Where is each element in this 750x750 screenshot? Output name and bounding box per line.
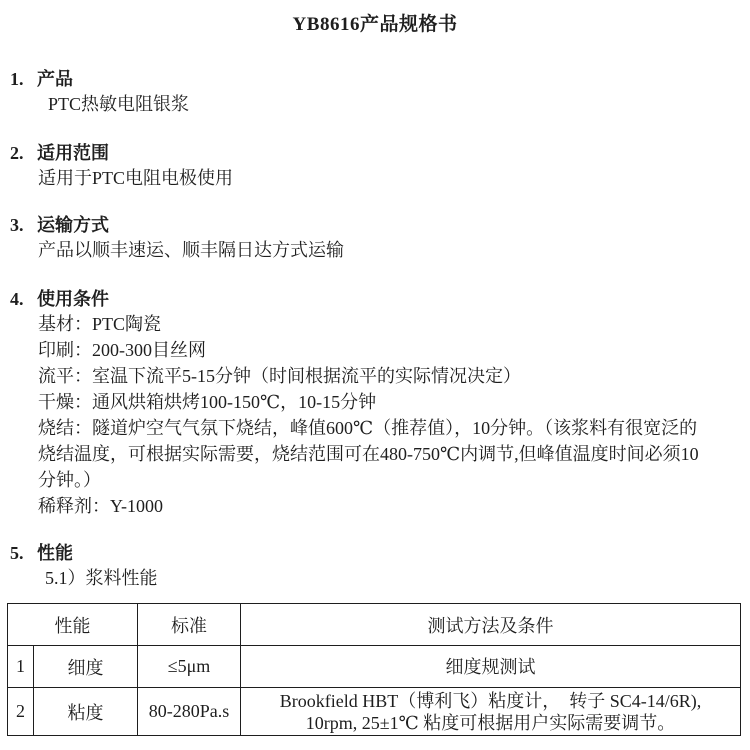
section-body: 适用于PTC电阻电极使用 <box>38 165 750 191</box>
table-row: 1 细度 ≤5μm 细度规测试 <box>8 646 741 688</box>
header-cell-method: 测试方法及条件 <box>241 604 741 646</box>
table-header-row: 性能 标准 测试方法及条件 <box>8 604 741 646</box>
section-heading: 4. 使用条件 <box>0 287 750 311</box>
text-line: 产品以顺丰速运、顺丰隔日达方式运输 <box>38 237 750 263</box>
text-line: 烧结：隧道炉空气气氛下烧结，峰值600℃（推荐值），10分钟。（该浆料有很宽泛的 <box>38 415 750 441</box>
section-subtitle: 5.1）浆料性能 <box>45 565 750 591</box>
section-number: 3. <box>10 213 37 237</box>
text-line: 印刷：200-300目丝网 <box>38 337 750 363</box>
text-line: 10rpm, 25±1℃ 粘度可根据用户实际需要调节。 <box>241 712 740 734</box>
section-performance: 5. 性能 5.1）浆料性能 <box>0 541 750 591</box>
text-line: 基材：PTC陶瓷 <box>38 311 750 337</box>
section-number: 5. <box>10 541 37 565</box>
text-line: 稀释剂：Y-1000 <box>38 493 750 519</box>
section-product: 1. 产品 PTC热敏电阻银浆 <box>0 67 750 117</box>
section-number: 1. <box>10 67 37 91</box>
cell-standard: ≤5μm <box>138 646 241 688</box>
document-title: YB8616产品规格书 <box>0 0 750 37</box>
cell-standard: 80-280Pa.s <box>138 688 241 736</box>
paste-performance-table: 性能 标准 测试方法及条件 1 细度 ≤5μm 细度规测试 2 粘度 80-28… <box>7 603 741 736</box>
header-cell-performance: 性能 <box>8 604 138 646</box>
text-line: PTC热敏电阻银浆 <box>48 91 750 117</box>
spec-document-page: YB8616产品规格书 1. 产品 PTC热敏电阻银浆 2. 适用范围 适用于P… <box>0 0 750 750</box>
text-line: 适用于PTC电阻电极使用 <box>38 165 750 191</box>
section-heading: 5. 性能 <box>0 541 750 565</box>
section-number: 4. <box>10 287 37 311</box>
cell-property-name: 细度 <box>34 646 138 688</box>
section-body: 产品以顺丰速运、顺丰隔日达方式运输 <box>38 237 750 263</box>
section-heading: 2. 适用范围 <box>0 141 750 165</box>
text-line: Brookfield HBT（博利飞）粘度计， 转子 SC4-14/6R), <box>241 690 740 712</box>
section-title: 使用条件 <box>37 287 109 311</box>
section-body: 基材：PTC陶瓷印刷：200-300目丝网流平：室温下流平5-15分钟（时间根据… <box>38 311 750 519</box>
section-title: 产品 <box>37 67 73 91</box>
section-shipping-method: 3. 运输方式 产品以顺丰速运、顺丰隔日达方式运输 <box>0 213 750 263</box>
section-application-scope: 2. 适用范围 适用于PTC电阻电极使用 <box>0 141 750 191</box>
text-line: 烧结温度，可根据实际需要，烧结范围可在480-750℃内调节,但峰值温度时间必须… <box>38 441 750 467</box>
section-heading: 1. 产品 <box>0 67 750 91</box>
section-heading: 3. 运输方式 <box>0 213 750 237</box>
header-cell-standard: 标准 <box>138 604 241 646</box>
section-title: 运输方式 <box>37 213 109 237</box>
section-body: PTC热敏电阻银浆 <box>48 91 750 117</box>
section-title: 适用范围 <box>37 141 109 165</box>
cell-test-method: Brookfield HBT（博利飞）粘度计， 转子 SC4-14/6R),10… <box>241 688 741 736</box>
cell-row-number: 2 <box>8 688 34 736</box>
text-line: 流平：室温下流平5-15分钟（时间根据流平的实际情况决定） <box>38 363 750 389</box>
cell-row-number: 1 <box>8 646 34 688</box>
table-row: 2 粘度 80-280Pa.s Brookfield HBT（博利飞）粘度计， … <box>8 688 741 736</box>
section-title: 性能 <box>37 541 73 565</box>
cell-test-method: 细度规测试 <box>241 646 741 688</box>
cell-property-name: 粘度 <box>34 688 138 736</box>
section-usage-conditions: 4. 使用条件 基材：PTC陶瓷印刷：200-300目丝网流平：室温下流平5-1… <box>0 287 750 519</box>
text-line: 细度规测试 <box>241 656 740 678</box>
section-number: 2. <box>10 141 37 165</box>
text-line: 分钟。） <box>38 467 750 493</box>
text-line: 干燥：通风烘箱烘烤100-150℃，10-15分钟 <box>38 389 750 415</box>
